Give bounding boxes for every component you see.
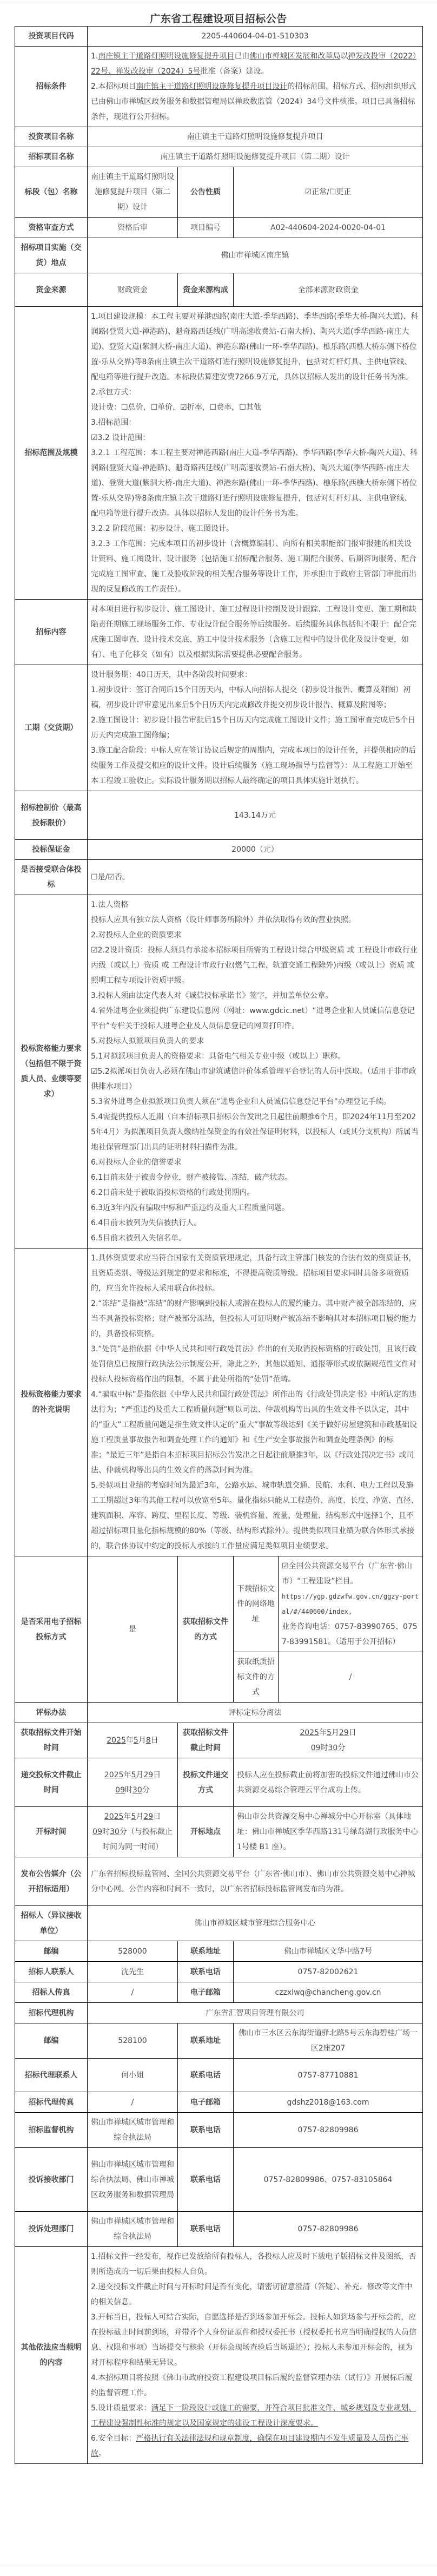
unit: 日 <box>151 1736 158 1745</box>
content-label: 招标内容 <box>15 600 88 665</box>
tenderer-contact-value: 沈先生 <box>88 1962 178 1982</box>
tender-project-underlined: 南庄镇主干道路灯照明设施修复提升项目设计 <box>136 82 287 91</box>
scope-paragraph: 1.项目建设规模：本工程主要对禅港西路(南庄大道-季华西路)、季华西路(季华大桥… <box>91 309 419 385</box>
submit-deadline-value: 2025年5月29日 09时30分 <box>88 1758 178 1807</box>
year: 2025 <box>300 1729 319 1737</box>
agency-email-label: 电子邮箱 <box>178 2092 234 2113</box>
unit: 分 <box>120 1828 127 1836</box>
eligibility-paragraph: ☑5.2拟派项目负责人必须在佛山市建筑诚信评价体系管理平台登记的人员中选取。（适… <box>91 1064 419 1094</box>
unit: 日 <box>153 1771 161 1779</box>
text: 已由 <box>234 52 249 61</box>
tenderer-email-label: 电子邮箱 <box>178 1982 234 2003</box>
eligibility-paragraph: 5.3省外进粤企业拟派项目负责人须在“进粤企业和人员诚信信息登记平台”办理登记手… <box>91 1094 419 1109</box>
scope-paragraph: ☑3.2 设计范围： <box>91 430 419 445</box>
day: 8 <box>146 1736 151 1745</box>
supervision-value: 佛山市禅城区城市管理和综合执法局 <box>88 2113 178 2148</box>
opening-place-value: 佛山市公共资源交易中心禅城分中心开标室（具体地址：佛山市禅城区季华西路131号绿… <box>234 1807 423 1857</box>
other-value: 1.招标文件一经发布，视作已发放给所有投标人，各投标人应及时下载电子版招标文件及… <box>88 2247 423 2464</box>
row-funding: 资金来源 财政资金 资金来源构成 全部来源财政资金 <box>15 273 423 307</box>
row-deposit: 投标保证金 20000（元） <box>15 840 423 860</box>
tenderer-address-label: 联系地址 <box>178 1941 234 1962</box>
approval-org-underlined: 佛山市禅城区发展和改革局 <box>249 52 340 61</box>
row-tenderer-fax: 招标人传真 / 电子邮箱 czzxlwq@chancheng.gov.cn <box>15 1982 423 2003</box>
hour: 09 <box>92 1828 102 1836</box>
row-submit: 递交投标文件截止时间 2025年5月29日 09时30分 投标文件递交方式 投标… <box>15 1758 423 1807</box>
download-link[interactable]: https://ygp.gdzwfw.gov.cn/ggzy-portal/#/… <box>282 1589 419 1619</box>
media-value: 广东省招标投标监管网、全国公共资源交易平台（广东省·佛山市）、佛山市公共资源交易… <box>88 1857 423 1906</box>
eligibility-note-label: 投标资格能力要求的补充说明 <box>15 1248 88 1556</box>
electronic-label: 是否采用电子招标投标方式 <box>15 1556 88 1703</box>
agency-label: 招标代理机构 <box>15 2003 88 2023</box>
eligibility-paragraph: 6.4目前未被列为失信被执行人。 <box>91 1215 419 1231</box>
supervision-phone-value: 0757-82809986 <box>234 2113 423 2148</box>
month: 5 <box>134 1736 138 1745</box>
project-name-underlined: 南庄镇主干道路灯照明设施修复提升项目 <box>98 52 234 61</box>
scope-paragraph: 3.2.3 工作范围：完成本项目的初步设计（含概算编制）、向所有相关职能部门报审… <box>91 536 419 597</box>
tenderer-value: 佛山市禅城区城市管理综合服务中心 <box>88 1906 423 1941</box>
other-paragraph: 2.递交投标文件截止时间与开标时间是否有变化，请密切留意澄清（答疑）、补充、修改… <box>91 2279 419 2310</box>
section-label: 标段（包）名称 <box>15 167 88 218</box>
eligibility-paragraph: 5.1对拟派项目负责人的资格要求：具备电气相关专业中级（或以上）职称。 <box>91 1049 419 1064</box>
day: 29 <box>339 1729 349 1737</box>
obtain-end-label: 获取招标文件截止时间 <box>178 1723 234 1758</box>
submit-method-label: 投标文件递交方式 <box>178 1758 234 1807</box>
opening-place-label: 开标地点 <box>178 1807 234 1857</box>
other-paragraph: 4.本招标项目将按照《佛山市政府投资工程建设项目标后履约监督管理办法（试行）》开… <box>91 2370 419 2401</box>
project-code-label: 项目编号 <box>178 218 234 238</box>
safety-target-underlined: 严格执行有关法律法规和规章制度，确保在项目建设期内不发生质量及人员伤亡事故 <box>91 2434 408 2458</box>
row-tenderer-post: 邮编 528000 联系地址 佛山市禅城区文华中路7号 <box>15 1941 423 1962</box>
agency-address-label: 联系地址 <box>178 2023 234 2059</box>
row-location: 招标项目实施（交货）地点 佛山市禅城区南庄镇 <box>15 238 423 273</box>
complaint-receive-phone-value: 0757-82809986、0757-83105864 <box>234 2148 423 2212</box>
other-paragraph: 3.开标当日，投标人可结合实际，自愿选择是否到场参加开标会。投标人如到场参与开标… <box>91 2310 419 2370</box>
media-label: 发布公告媒介（公开招标适用） <box>15 1857 88 1906</box>
unit: 年 <box>123 1812 131 1821</box>
unit: 时 <box>321 1744 328 1752</box>
agency-phone-label: 联系电话 <box>178 2059 234 2092</box>
notice-nature-value: ☑正常/☐更正 <box>234 167 423 218</box>
row-period: 工期（交货期） 设计服务期：40日历天，其中各阶段时间要求： 1.初步设计：签订… <box>15 665 423 791</box>
agency-postcode-label: 邮编 <box>15 2023 88 2059</box>
eligibility-paragraph: 3.投标人须由法定代表人对《诚信投标承诺书》签字，并加盖单位公章。 <box>91 988 419 1003</box>
row-evaluation: 评标办法 评标定标分离法 <box>15 1703 423 1723</box>
supervision-label: 招标监督机构 <box>15 2113 88 2148</box>
row-other: 其他依法应当载明的内容 1.招标文件一经发布，视作已发放给所有投标人，各投标人应… <box>15 2247 423 2464</box>
text: 6.安全目标： <box>91 2434 136 2443</box>
row-supervision: 招标监督机构 佛山市禅城区城市管理和综合执法局 联系电话 0757-828099… <box>15 2113 423 2148</box>
eligibility-paragraph: 4.省外进粤企业须提供广东建设信息网（网址：www.gdcic.net）“进粤企… <box>91 1003 419 1034</box>
month: 5 <box>327 1729 332 1737</box>
tenderer-phone-value: 0757-82002621 <box>234 1962 423 1982</box>
tenderer-label: 招标人（异议接收单位） <box>15 1906 88 1941</box>
submit-deadline-label: 递交投标文件截止时间 <box>15 1758 88 1807</box>
row-content: 招标内容 对本项目进行初步设计、施工图设计、施工过程设计控制及设计跟踪、工程设计… <box>15 600 423 665</box>
consult-phone: 业务咨询电话：0757-83990765、0757-83991581。（适用于公… <box>282 1619 419 1650</box>
agency-contact-value: 何小姐 <box>88 2059 178 2092</box>
submit-method-value: 投标人应在投标截止前将加密的投标文件通过佛山市公共资源交易综合管理云平台成功上传… <box>234 1758 423 1807</box>
control-price-label: 招标控制价（最高投标限价） <box>15 791 88 840</box>
scope-value: 1.项目建设规模：本工程主要对禅港西路(南庄大道-季华西路)、季华西路(季华大桥… <box>88 307 423 600</box>
eligibility-paragraph: 6.3近3年内没有骗取中标和严重违约及重大工程质量问题。 <box>91 1200 419 1215</box>
row-invest-code: 投资项目代码 2205-440604-04-01-510303 <box>15 27 423 47</box>
row-complaint-receive: 投诉接收部门 佛山市禅城区城市管理和综合执法局、佛山市禅城区政务服务和数据管理局… <box>15 2148 423 2212</box>
opening-time-value: 2025年5月29日 09时30分（与投标截止时间为同一时间） <box>88 1807 178 1857</box>
row-section: 标段（包）名称 南庄镇主干道路灯照明设施修复提升项目（第二期）设计 公告性质 ☑… <box>15 167 423 218</box>
row-opening: 开标时间 2025年5月29日 09时30分（与投标截止时间为同一时间） 开标地… <box>15 1807 423 1857</box>
eligibility-label: 投标资格能力要求（包括但不限于资质人员、业绩等要求） <box>15 895 88 1248</box>
qualification-value: 资格后审 <box>88 218 178 238</box>
text: 1. <box>91 52 98 61</box>
bottom-divider <box>0 2566 437 2566</box>
evaluation-value: 评标定标分离法 <box>88 1703 423 1723</box>
note-paragraph: 3.“处罚”是指依据《中华人民共和国行政处罚法》作出的有关取消投标资格的行政处罚… <box>91 1342 419 1387</box>
row-control-price: 招标控制价（最高投标限价） 143.14万元 <box>15 791 423 840</box>
funding-structure-label: 资金来源构成 <box>178 273 234 307</box>
note-paragraph: 2.“冻结”是指被“冻结”的财产影响到投标人或潜在投标人的履约能力。其中财产被全… <box>91 1296 419 1342</box>
invest-name-label: 投资项目名称 <box>15 127 88 147</box>
electronic-value: 是 <box>88 1556 178 1703</box>
agency-fax-value: / <box>88 2092 178 2113</box>
complaint-handle-value: 佛山市禅城区城市管理和综合执法局 <box>88 2212 178 2247</box>
unit: 分 <box>337 1744 345 1752</box>
agency-address-value: 佛山市三水区云东海街道驿北路5号云东海碧桂广场一区2座207 <box>234 2023 423 2059</box>
unit: 月 <box>136 1812 143 1821</box>
funding-structure-value: 全部来源财政资金 <box>234 273 423 307</box>
deposit-label: 投标保证金 <box>15 840 88 860</box>
unit: 年 <box>319 1729 327 1737</box>
paper-method-value: / <box>279 1652 423 1703</box>
eligibility-paragraph: 2.对投标人企业的资质要求 <box>91 928 419 943</box>
invest-name-value: 南庄镇主干道路灯照明设施修复提升项目 <box>88 127 423 147</box>
eligibility-paragraph: 6.对投标人企业的信誉要求 <box>91 1155 419 1170</box>
row-tenderer: 招标人（异议接收单位） 佛山市禅城区城市管理综合服务中心 <box>15 1906 423 1941</box>
deposit-value: 20000（元） <box>88 840 423 860</box>
funding-value: 财政资金 <box>88 273 178 307</box>
unit: 年 <box>123 1771 131 1779</box>
scope-label: 招标范围及规模 <box>15 307 88 600</box>
control-price-value: 143.14万元 <box>88 791 423 840</box>
complaint-receive-value: 佛山市禅城区城市管理和综合执法局、佛山市禅城区政务服务和数据管理局 <box>88 2148 178 2212</box>
notice-nature-label: 公告性质 <box>178 167 234 218</box>
text: 2.本招标项目 <box>91 82 136 91</box>
row-eligibility: 投标资格能力要求（包括但不限于资质人员、业绩等要求） 1.法人资格 投标人应具有… <box>15 895 423 1248</box>
invest-code-label: 投资项目代码 <box>15 27 88 47</box>
download-address-value: ☑全国公共资源交易平台（广东省·佛山市）“工程建设”栏目。 https://yg… <box>279 1556 423 1652</box>
row-agency-post: 邮编 528100 联系地址 佛山市三水区云东海街道驿北路5号云东海碧桂广场一区… <box>15 2023 423 2059</box>
invest-code-value: 2205-440604-04-01-510303 <box>88 27 423 47</box>
section-value: 南庄镇主干道路灯照明设施修复提升项目（第二期）设计 <box>88 167 178 218</box>
scope-paragraph: 3.招标范围： <box>91 415 419 430</box>
eligibility-paragraph: 投标人应具有独立法人资格（设计师事务所除外）并依法取得有效的营业执照。 <box>91 912 419 928</box>
eligibility-note-value: 1.具体资质要求应当符合国家有关资质管理规定，具备行政主管部门核发的合法有效的资… <box>88 1248 423 1556</box>
scope-paragraph: 3.2.2 阶段范围：初步设计、施工图设计。 <box>91 521 419 536</box>
period-paragraph: 2.施工图设计：初步设计报告审批后15个日历天内完成施工图设计文件；施工图审查完… <box>91 713 419 743</box>
funding-label: 资金来源 <box>15 273 88 307</box>
complaint-handle-phone-label: 联系电话 <box>178 2212 234 2247</box>
row-complaint-handle: 投诉处理部门 佛山市禅城区城市管理和综合执法局 联系电话 0757-828099… <box>15 2212 423 2247</box>
year: 2025 <box>104 1812 124 1821</box>
row-agency: 招标代理机构 广东省汇智项目管理有限公司 <box>15 2003 423 2023</box>
other-label: 其他依法应当载明的内容 <box>15 2247 88 2464</box>
period-value: 设计服务期：40日历天，其中各阶段时间要求： 1.初步设计：签订合同后15个日历… <box>88 665 423 791</box>
obtain-end-value: 2025年5月29日 09时30分 <box>234 1723 423 1758</box>
row-qualification: 资格审查方式 资格后审 项目编号 A02-440604-2024-0020-04… <box>15 218 423 238</box>
tenderer-address-value: 佛山市禅城区文华中路7号 <box>234 1941 423 1962</box>
day: 29 <box>143 1812 153 1821</box>
row-tender-name: 招标项目名称 南庄镇主干道路灯照明设施修复提升项目（第二期）设计 <box>15 147 423 167</box>
row-conditions: 招标条件 1.南庄镇主干道路灯照明设施修复提升项目已由佛山市禅城区发展和改革局以… <box>15 47 423 127</box>
consortium-label: 是否接受联合体投标 <box>15 860 88 895</box>
agency-postcode-value: 528100 <box>88 2023 178 2059</box>
top-divider <box>0 3 437 3</box>
unit: 时 <box>102 1828 110 1836</box>
year: 2025 <box>107 1736 126 1745</box>
agency-email-value[interactable]: gdshz2018@163.com <box>234 2092 423 2113</box>
hour: 09 <box>311 1744 321 1752</box>
tenderer-contact-label: 招标人联系人 <box>15 1962 88 1982</box>
location-label: 招标项目实施（交货）地点 <box>15 238 88 273</box>
unit: 时 <box>125 1786 133 1795</box>
tenderer-postcode-value: 528000 <box>88 1941 178 1962</box>
unit: 月 <box>332 1729 339 1737</box>
minute: 30 <box>110 1828 120 1836</box>
row-consortium: 是否接受联合体投标 ☐是/☑否。 <box>15 860 423 895</box>
tenderer-email-value[interactable]: czzxlwq@chancheng.gov.cn <box>234 1982 423 2003</box>
scope-paragraph: 设计费：☐总价，☐单价，☑折率，☐费率，☐其他 <box>91 400 419 415</box>
row-tenderer-contact: 招标人联系人 沈先生 联系电话 0757-82002621 <box>15 1962 423 1982</box>
unit: 年 <box>126 1736 134 1745</box>
content-value: 对本项目进行初步设计、施工图设计、施工过程设计控制及设计跟踪、工程设计变更、施工… <box>88 600 423 665</box>
tenderer-fax-label: 招标人传真 <box>15 1982 88 2003</box>
unit: 日 <box>349 1729 356 1737</box>
row-eligibility-note: 投标资格能力要求的补充说明 1.具体资质要求应当符合国家有关资质管理规定，具备行… <box>15 1248 423 1556</box>
eligibility-paragraph: 6.2目前未处于被取消投标资格的行政处罚期内。 <box>91 1185 419 1200</box>
eligibility-paragraph: 6.1目前未处于被责令停业，财产被接管、冻结，破产状态。 <box>91 1170 419 1185</box>
year: 2025 <box>104 1771 124 1779</box>
row-obtain-time: 获取招标文件开始时间 2025年5月8日 获取招标文件截止时间 2025年5月2… <box>15 1723 423 1758</box>
row-electronic-download: 是否采用电子招标投标方式 是 获取招标文件的方式 下载招标文件的网络地址 ☑全国… <box>15 1556 423 1652</box>
minute: 30 <box>328 1744 338 1752</box>
row-agency-contact: 招标代理联系人 何小姐 联系电话 0757-87710881 <box>15 2059 423 2092</box>
obtain-start-label: 获取招标文件开始时间 <box>15 1723 88 1758</box>
row-invest-name: 投资项目名称 南庄镇主干道路灯照明设施修复提升项目 <box>15 127 423 147</box>
agency-phone-value: 0757-87710881 <box>234 2059 423 2092</box>
minute: 30 <box>133 1786 142 1795</box>
eligibility-paragraph: ☑2.2设计资质：投标人须具有承接本招标项目所需的工程设计综合甲级资质 或 工程… <box>91 943 419 988</box>
text: 。 <box>98 2449 106 2458</box>
supervision-phone-label: 联系电话 <box>178 2113 234 2148</box>
notice-table: 投资项目代码 2205-440604-04-01-510303 招标条件 1.南… <box>15 26 423 2464</box>
eligibility-paragraph: 5.4需提供投标人近期（自本招标项目招标公告发出之日起往前顺推6个月，即2024… <box>91 1109 419 1155</box>
qualification-label: 资格审查方式 <box>15 218 88 238</box>
conditions-label: 招标条件 <box>15 47 88 127</box>
tender-name-label: 招标项目名称 <box>15 147 88 167</box>
hour: 09 <box>115 1786 125 1795</box>
agency-fax-label: 招标代理传真 <box>15 2092 88 2113</box>
eligibility-paragraph: 6.5目前未被列入失信名单。 <box>91 1231 419 1246</box>
opening-time-label: 开标时间 <box>15 1807 88 1857</box>
unit: 月 <box>138 1736 146 1745</box>
download-address-label: 下载招标文件的网络地址 <box>234 1556 279 1652</box>
period-paragraph: 1.初步设计：签订合同后15个日历天内，中标人向招标人提交（初步设计报告、概算及… <box>91 682 419 713</box>
unit: 分 <box>142 1786 150 1795</box>
eligibility-value: 1.法人资格 投标人应具有独立法人资格（设计师事务所除外）并依法取得有效的营业执… <box>88 895 423 1248</box>
tenderer-fax-value: / <box>88 1982 178 2003</box>
period-paragraph: 设计服务期：40日历天，其中各阶段时间要求： <box>91 667 419 682</box>
text: 5.设计质量要求： <box>91 2404 151 2413</box>
project-code-value: A02-440604-2024-0020-04-01 <box>234 218 423 238</box>
conditions-value: 1.南庄镇主干道路灯照明设施修复提升项目已由佛山市禅城区发展和改革局以禅发改投审… <box>88 47 423 127</box>
page-title: 广东省工程建设项目招标公告 <box>0 11 437 25</box>
complaint-receive-phone-label: 联系电话 <box>178 2148 234 2212</box>
obtain-start-value: 2025年5月8日 <box>88 1723 178 1758</box>
scope-paragraph: 3.2.1 工程范围：本工程主要对禅港西路(南庄大道-季华西路)、季华西路(季华… <box>91 445 419 521</box>
complaint-receive-label: 投诉接收部门 <box>15 2148 88 2212</box>
unit: 月 <box>136 1771 143 1779</box>
complaint-handle-phone-value: 0757-82809986 <box>234 2212 423 2247</box>
row-media: 发布公告媒介（公开招标适用） 广东省招标投标监管网、全国公共资源交易平台（广东省… <box>15 1857 423 1906</box>
tender-name-value: 南庄镇主干道路灯照明设施修复提升项目（第二期）设计 <box>88 147 423 167</box>
row-scope: 招标范围及规模 1.项目建设规模：本工程主要对禅港西路(南庄大道-季华西路)、季… <box>15 307 423 600</box>
text: 批准（备案）建设。 <box>200 67 268 76</box>
period-paragraph: 3.施工配合阶段：中标人应在签订协议后规定的周期内，完成本项目的设计任务，并提供… <box>91 743 419 788</box>
agency-contact-label: 招标代理联系人 <box>15 2059 88 2092</box>
consortium-value: ☐是/☑否。 <box>88 860 423 895</box>
text: 以 <box>340 52 348 61</box>
eligibility-paragraph: 1.法人资格 <box>91 897 419 912</box>
tenderer-postcode-label: 邮编 <box>15 1941 88 1962</box>
paper-method-label: 获取纸质招标文件的方式 <box>234 1652 279 1703</box>
evaluation-label: 评标办法 <box>15 1703 88 1723</box>
unit: 日 <box>153 1812 161 1821</box>
tenderer-phone-label: 联系电话 <box>178 1962 234 1982</box>
note-paragraph: 1.具体资质要求应当符合国家有关资质管理规定，具备行政主管部门核发的合法有效的资… <box>91 1251 419 1296</box>
complaint-handle-label: 投诉处理部门 <box>15 2212 88 2247</box>
location-value: 佛山市禅城区南庄镇 <box>88 238 423 273</box>
obtain-method-label: 获取招标文件的方式 <box>178 1556 234 1703</box>
other-paragraph: 1.招标文件一经发布，视作已发放给所有投标人，各投标人应及时下载电子版招标文件及… <box>91 2249 419 2279</box>
period-label: 工期（交货期） <box>15 665 88 791</box>
eligibility-paragraph: 5.对投标人拟派项目负责人的要求 <box>91 1034 419 1049</box>
note-paragraph: 4.“骗取中标”是指依据《中华人民共和国行政处罚法》所作出的《行政处罚决定书》中… <box>91 1387 419 1478</box>
row-agency-fax: 招标代理传真 / 电子邮箱 gdshz2018@163.com <box>15 2092 423 2113</box>
platform-text: ☑全国公共资源交易平台（广东省·佛山市）“工程建设”栏目。 <box>282 1559 419 1589</box>
note-paragraph: 5.类似项目业绩的考察时间为最近3年，公路水运、城市轨道交通、民航、水利、电力工… <box>91 1478 419 1554</box>
day: 29 <box>143 1771 153 1779</box>
agency-value: 广东省汇智项目管理有限公司 <box>88 2003 423 2023</box>
scope-paragraph: 2.承包方式： <box>91 385 419 400</box>
